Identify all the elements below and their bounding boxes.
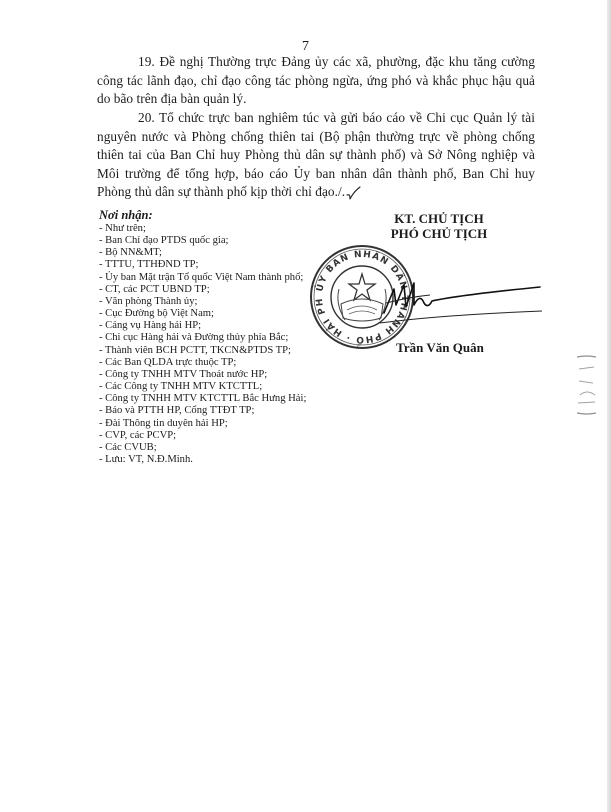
recipient-item: - Cục Đường bộ Việt Nam; — [99, 308, 339, 320]
recipient-items: - Như trên;- Ban Chỉ đạo PTDS quốc gia;-… — [99, 223, 339, 466]
recipient-item: - Đài Thông tin duyên hải HP; — [99, 418, 339, 430]
handwritten-check-icon — [345, 186, 361, 200]
recipient-item: - Các Công ty TNHH MTV KTCTTL; — [99, 381, 339, 393]
recipient-item: - Báo và PTTH HP, Cổng TTĐT TP; — [99, 405, 339, 417]
recipient-item: - Thành viên BCH PCTT, TKCN&PTDS TP; — [99, 345, 339, 357]
recipients-list: Nơi nhận: - Như trên;- Ban Chỉ đạo PTDS … — [99, 209, 339, 466]
page-edge-shadow — [607, 0, 611, 812]
recipient-item: - Chi cục Hàng hải và Đường thủy phía Bắ… — [99, 332, 339, 344]
paragraph-19: 19. Đề nghị Thường trực Đảng ủy các xã, … — [97, 53, 535, 109]
recipient-item: - Công ty TNHH MTV Thoát nước HP; — [99, 369, 339, 381]
recipients-title: Nơi nhận: — [99, 209, 339, 222]
recipient-item: - Văn phòng Thành ủy; — [99, 296, 339, 308]
recipient-item: - Công ty TNHH MTV KTCTTL Bắc Hưng Hải; — [99, 393, 339, 405]
signer-name: Trần Văn Quân — [375, 340, 505, 355]
paragraph-20-text: 20. Tổ chức trực ban nghiêm túc và gửi b… — [97, 110, 535, 199]
recipient-item: - Cảng vụ Hàng hải HP; — [99, 320, 339, 332]
handwritten-signature-icon — [380, 275, 542, 325]
recipient-item: - Ban Chỉ đạo PTDS quốc gia; — [99, 235, 339, 247]
paragraph-19-text: 19. Đề nghị Thường trực Đảng ủy các xã, … — [97, 54, 535, 106]
paragraph-20: 20. Tổ chức trực ban nghiêm túc và gửi b… — [97, 109, 535, 202]
signature-title-line1: KT. CHỦ TỊCH — [330, 211, 540, 226]
adjacent-page-seal-fragment-icon — [575, 355, 596, 415]
recipient-item: - CVP, các PCVP; — [99, 430, 339, 442]
recipient-item: - Lưu: VT, N.Đ.Minh. — [99, 454, 339, 466]
recipient-item: - TTTU, TTHĐND TP; — [99, 259, 339, 271]
recipient-item: - Ủy ban Mặt trận Tổ quốc Việt Nam thành… — [99, 272, 339, 284]
recipient-item: - Như trên; — [99, 223, 339, 235]
recipient-item: - CT, các PCT UBND TP; — [99, 284, 339, 296]
recipient-item: - Các Ban QLDA trực thuộc TP; — [99, 357, 339, 369]
signature-title-line2: PHÓ CHỦ TỊCH — [330, 226, 540, 241]
recipient-item: - Bộ NN&MT; — [99, 247, 339, 259]
signature-title-block: KT. CHỦ TỊCH PHÓ CHỦ TỊCH — [330, 211, 540, 241]
recipient-item: - Các CVUB; — [99, 442, 339, 454]
